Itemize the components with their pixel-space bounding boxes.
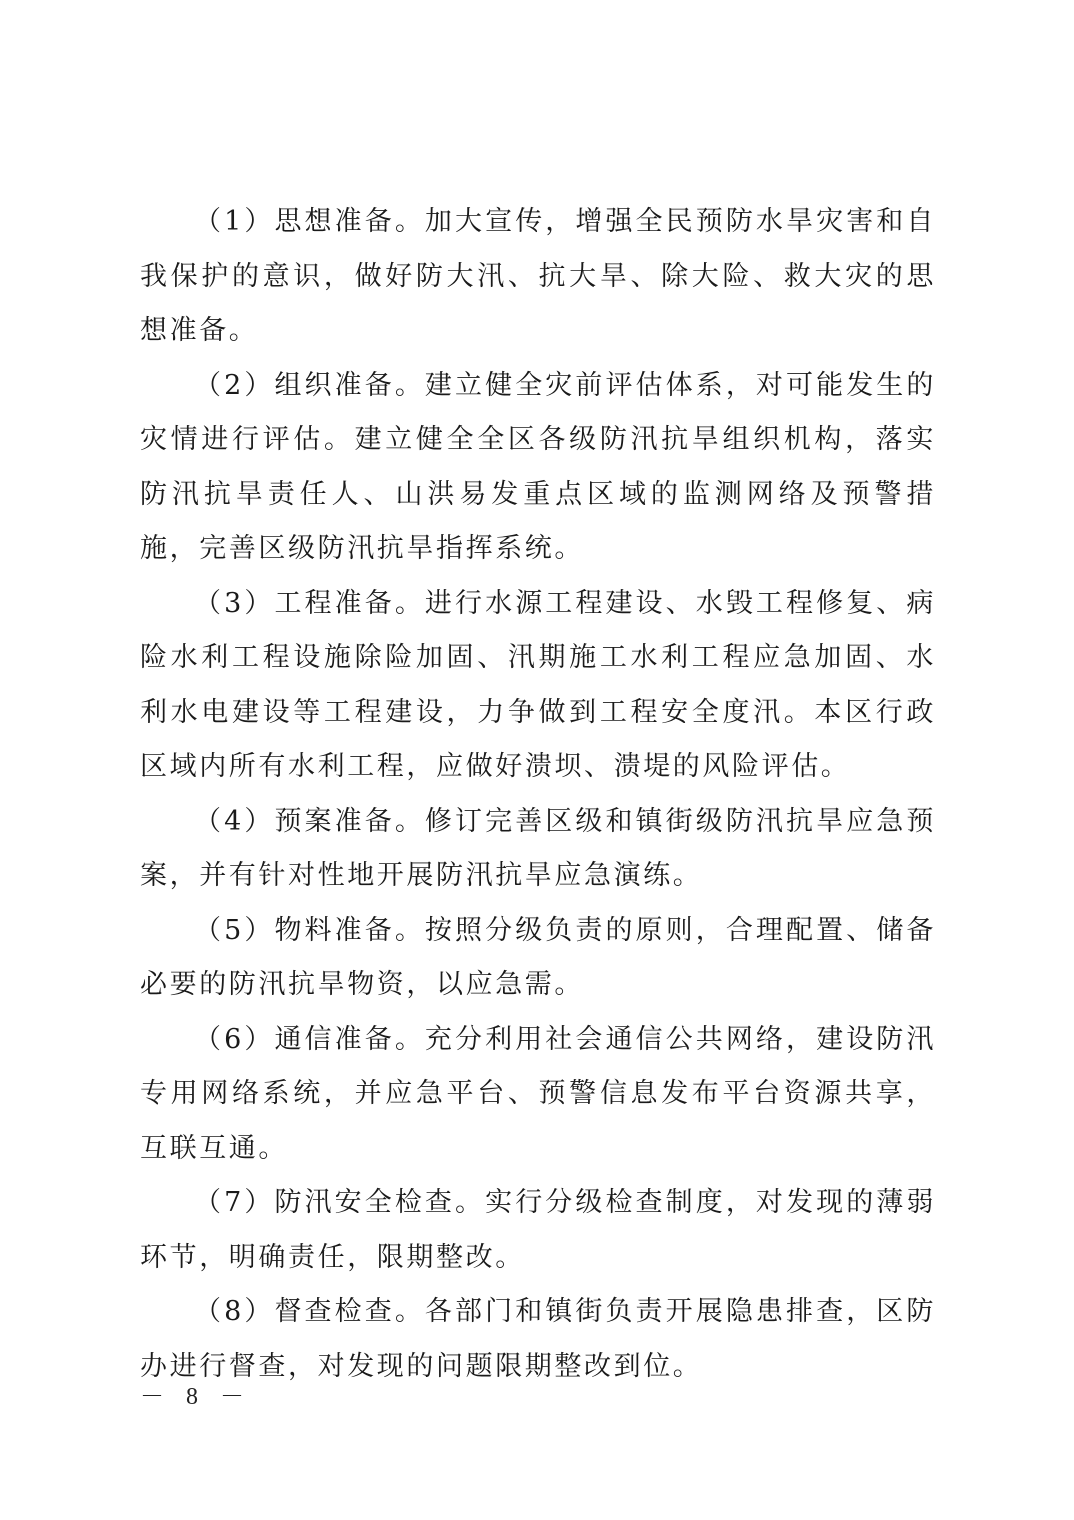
paragraph-4-contingency-plan-preparation: （4）预案准备。修订完善区级和镇街级防汛抗旱应急预案，并有针对性地开展防汛抗旱应…: [140, 795, 936, 904]
paragraph-1-ideological-preparation: （1）思想准备。加大宣传，增强全民预防水旱灾害和自我保护的意识，做好防大汛、抗大…: [140, 195, 936, 359]
paragraph-2-organizational-preparation: （2）组织准备。建立健全灾前评估体系，对可能发生的灾情进行评估。建立健全全区各级…: [140, 359, 936, 577]
paragraph-8-supervision-inspection: （8）督查检查。各部门和镇街负责开展隐患排查，区防办进行督查，对发现的问题限期整…: [140, 1285, 936, 1394]
paragraph-6-communications-preparation: （6）通信准备。充分利用社会通信公共网络，建设防汛专用网络系统，并应急平台、预警…: [140, 1013, 936, 1177]
document-body: （1）思想准备。加大宣传，增强全民预防水旱灾害和自我保护的意识，做好防大汛、抗大…: [140, 195, 936, 1394]
paragraph-3-engineering-preparation: （3）工程准备。进行水源工程建设、水毁工程修复、病险水利工程设施除险加固、汛期施…: [140, 577, 936, 795]
paragraph-5-materials-preparation: （5）物料准备。按照分级负责的原则，合理配置、储备必要的防汛抗旱物资，以应急需。: [140, 904, 936, 1013]
page-number: － 8 －: [140, 1376, 252, 1411]
paragraph-7-flood-safety-inspection: （7）防汛安全检查。实行分级检查制度，对发现的薄弱环节，明确责任，限期整改。: [140, 1176, 936, 1285]
